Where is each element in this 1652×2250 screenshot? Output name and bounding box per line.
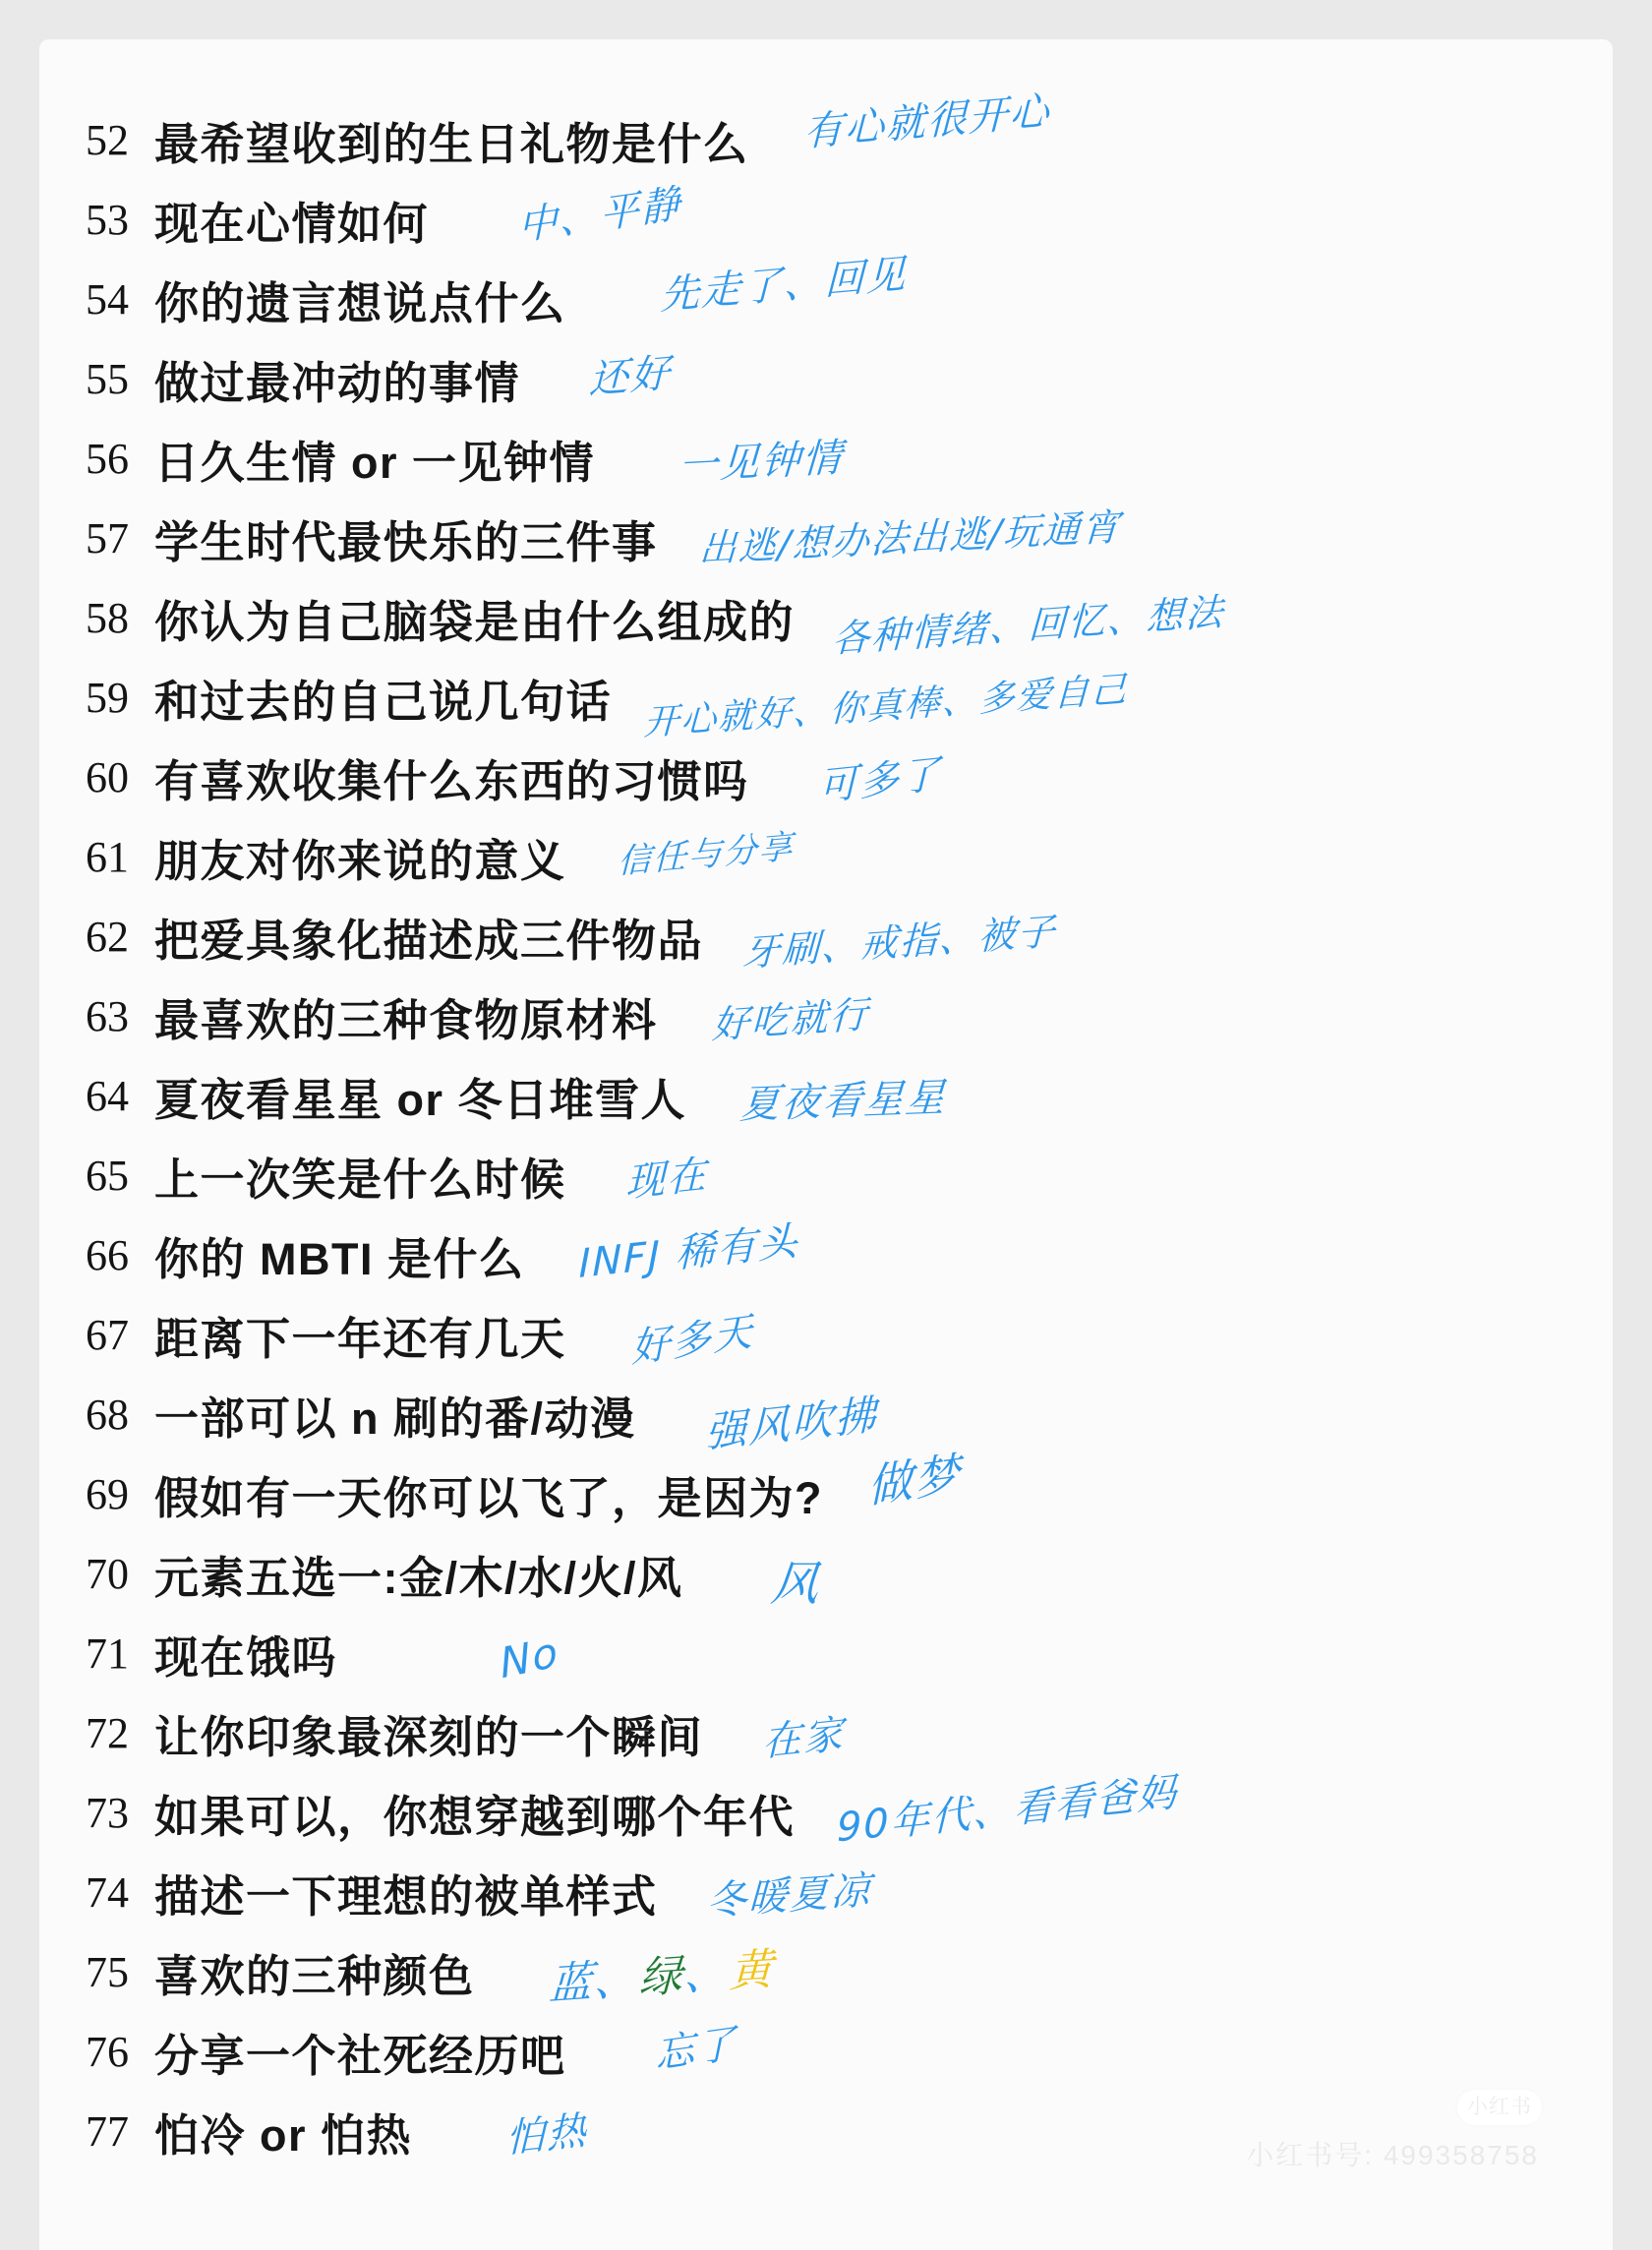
question-number: 59 [64,673,154,723]
answer-segment: 可多了 [818,751,941,809]
question-text: 怕冷 or 怕热 [154,2100,412,2163]
answer-segment: 有心就很开心 [803,89,1051,155]
question-row: 53现在心情如何中、平静 [64,180,1603,260]
question-text: 上一次笑是什么时候 [154,1144,566,1208]
handwritten-answer: 好多天 [629,1300,754,1374]
handwritten-answer: 现在 [625,1143,708,1208]
question-text: 喜欢的三种颜色 [154,1940,475,2004]
question-row: 69假如有一天你可以飞了，是因为?做梦 [64,1454,1603,1534]
question-number: 62 [64,912,154,962]
handwritten-answer: 各种情绪、回忆、想法 [832,581,1226,663]
question-number: 61 [64,832,154,882]
question-row: 73如果可以，你想穿越到哪个年代90年代、看看爸妈 [64,1773,1603,1853]
question-text: 你的 MBTI 是什么 [154,1223,524,1287]
question-text: 做过最冲动的事情 [154,347,520,411]
handwritten-answer: 好吃就行 [711,983,870,1048]
answer-segment: 一见钟情 [678,436,845,490]
question-text: 把爱具象化描述成三件物品 [154,905,703,969]
answer-segment: 现在 [625,1153,708,1207]
handwritten-answer: 信任与分享 [617,819,794,883]
answer-segment: 做梦 [867,1447,963,1513]
handwritten-answer: 开心就好、你真棒、多爱自己 [643,662,1130,746]
handwritten-answer: 一见钟情 [678,426,846,491]
answer-segment: 各种情绪、回忆、想法 [832,590,1226,661]
question-text: 最希望收到的生日礼物是什么 [154,108,749,172]
handwritten-answer: No [498,1628,561,1688]
answer-segment: 风 [768,1557,823,1612]
handwritten-answer: 中、平静 [517,172,682,252]
answer-segment: 、 [593,1953,640,2006]
question-text: 现在心情如何 [154,188,429,252]
answer-segment: 绿 [638,1950,685,2003]
question-number: 66 [64,1230,154,1280]
handwritten-answer: 做梦 [866,1438,962,1516]
question-row: 58你认为自己脑袋是由什么组成的各种情绪、回忆、想法 [64,578,1603,658]
question-text: 学生时代最快乐的三件事 [154,506,658,570]
question-number: 76 [64,2027,154,2077]
question-number: 53 [64,195,154,245]
answer-segment: 怕热 [505,2108,588,2162]
question-number: 57 [64,513,154,563]
answer-segment: 在家 [762,1712,845,1766]
question-number: 72 [64,1708,154,1758]
question-row: 66你的 MBTI 是什么INFJ 稀有头 [64,1215,1603,1295]
question-row: 64夏夜看星星 or 冬日堆雪人夏夜看星星 [64,1056,1603,1136]
question-row: 62把爱具象化描述成三件物品牙刷、戒指、被子 [64,897,1603,977]
question-text: 你认为自己脑袋是由什么组成的 [154,586,795,650]
answer-segment: No [498,1628,561,1688]
question-text: 假如有一天你可以飞了，是因为? [154,1462,823,1526]
handwritten-answer: 出逃/想办法出逃/玩通宵 [697,497,1122,573]
question-text: 你的遗言想说点什么 [154,267,566,331]
answer-segment: 还好 [589,350,672,403]
question-text: 分享一个社死经历吧 [154,2020,566,2084]
answer-segment: 牙刷、戒指、被子 [742,910,1058,976]
question-number: 69 [64,1469,154,1519]
question-number: 75 [64,1947,154,1997]
handwritten-answer: 在家 [762,1702,845,1767]
question-number: 52 [64,115,154,165]
handwritten-answer: 蓝、绿、黄 [548,1932,776,2011]
question-row: 71现在饿吗No [64,1614,1603,1693]
question-row: 67距离下一年还有几天好多天 [64,1295,1603,1375]
xiaohongshu-badge: 小红书 [1457,2090,1542,2125]
question-text: 让你印象最深刻的一个瞬间 [154,1701,703,1765]
page-background: 52最希望收到的生日礼物是什么有心就很开心53现在心情如何中、平静54你的遗言想… [0,0,1652,2250]
question-row: 70元素五选一:金/木/水/火/风风 [64,1534,1603,1614]
answer-segment: 开心就好、你真棒、多爱自己 [643,670,1129,744]
question-list: 52最希望收到的生日礼物是什么有心就很开心53现在心情如何中、平静54你的遗言想… [64,100,1603,2171]
handwritten-answer: 还好 [589,341,673,405]
question-row: 56日久生情 or 一见钟情一见钟情 [64,419,1603,499]
handwritten-answer: 强风吹拂 [705,1382,877,1459]
question-row: 60有喜欢收集什么东西的习惯吗可多了 [64,738,1603,817]
question-row: 57学生时代最快乐的三件事出逃/想办法出逃/玩通宵 [64,499,1603,578]
handwritten-answer: 怕热 [505,2099,588,2163]
question-text: 描述一下理想的被单样式 [154,1861,658,1924]
question-number: 64 [64,1071,154,1121]
answer-segment: 出逃/想办法出逃/玩通宵 [697,505,1121,571]
answer-segment: 好吃就行 [711,992,869,1046]
question-number: 67 [64,1310,154,1360]
question-row: 65上一次笑是什么时候现在 [64,1136,1603,1215]
question-number: 74 [64,1867,154,1918]
answer-segment: 强风吹拂 [705,1390,877,1456]
question-row: 68一部可以 n 刷的番/动漫强风吹拂 [64,1375,1603,1454]
answer-segment: 黄 [728,1943,775,1996]
question-row: 74描述一下理想的被单样式冬暖夏凉 [64,1853,1603,1932]
question-number: 58 [64,593,154,643]
question-text: 现在饿吗 [154,1622,337,1686]
handwritten-answer: 90年代、看看爸妈 [837,1761,1178,1854]
handwritten-answer: 忘了 [654,2012,737,2080]
question-number: 73 [64,1788,154,1838]
question-row: 76分享一个社死经历吧忘了 [64,2012,1603,2092]
answer-segment: 好多天 [629,1309,753,1372]
question-number: 60 [64,752,154,802]
handwritten-answer: 夏夜看星星 [738,1066,949,1130]
handwritten-answer: 冬暖夏凉 [706,1859,873,1926]
answer-segment: 忘了 [654,2021,737,2078]
question-row: 72让你印象最深刻的一个瞬间在家 [64,1693,1603,1773]
content-card: 52最希望收到的生日礼物是什么有心就很开心53现在心情如何中、平静54你的遗言想… [39,39,1613,2250]
question-row: 61朋友对你来说的意义信任与分享 [64,817,1603,897]
answer-segment: 中、平静 [517,181,682,250]
question-text: 夏夜看星星 or 冬日堆雪人 [154,1064,686,1128]
question-row: 54你的遗言想说点什么先走了、回见 [64,260,1603,339]
question-number: 68 [64,1390,154,1440]
answer-segment: 夏夜看星星 [738,1075,948,1127]
question-number: 63 [64,991,154,1041]
question-text: 一部可以 n 刷的番/动漫 [154,1383,636,1447]
question-text: 最喜欢的三种食物原材料 [154,984,658,1048]
handwritten-answer: INFJ 稀有头 [579,1210,799,1289]
answer-segment: 先走了、回见 [660,252,908,319]
question-number: 54 [64,274,154,325]
question-text: 如果可以，你想穿越到哪个年代 [154,1781,795,1845]
handwritten-answer: 风 [768,1546,824,1614]
handwritten-answer: 可多了 [818,742,941,811]
xiaohongshu-id-watermark: 小红书号: 499358758 [1246,2134,1539,2173]
answer-segment: 蓝 [548,1956,595,2009]
question-row: 52最希望收到的生日礼物是什么有心就很开心 [64,100,1603,180]
answer-segment: 信任与分享 [617,827,794,882]
handwritten-answer: 有心就很开心 [802,80,1050,157]
question-text: 距离下一年还有几天 [154,1303,566,1367]
question-text: 日久生情 or 一见钟情 [154,427,595,491]
question-row: 55做过最冲动的事情还好 [64,339,1603,419]
answer-segment: 90年代、看看爸妈 [837,1770,1178,1852]
question-text: 和过去的自己说几句话 [154,666,612,730]
question-number: 65 [64,1151,154,1201]
question-number: 55 [64,354,154,404]
question-row: 59和过去的自己说几句话开心就好、你真棒、多爱自己 [64,658,1603,738]
question-number: 71 [64,1628,154,1679]
question-row: 63最喜欢的三种食物原材料好吃就行 [64,977,1603,1056]
answer-segment: 冬暖夏凉 [706,1867,872,1924]
answer-segment: 、 [682,1947,730,2000]
handwritten-answer: 牙刷、戒指、被子 [741,901,1057,977]
question-text: 朋友对你来说的意义 [154,825,566,889]
question-number: 70 [64,1549,154,1599]
answer-segment: INFJ 稀有头 [579,1218,799,1287]
question-number: 56 [64,434,154,484]
question-text: 有喜欢收集什么东西的习惯吗 [154,745,749,809]
question-number: 77 [64,2106,154,2157]
question-text: 元素五选一:金/木/水/火/风 [154,1542,683,1606]
question-row: 75喜欢的三种颜色蓝、绿、黄 [64,1932,1603,2012]
